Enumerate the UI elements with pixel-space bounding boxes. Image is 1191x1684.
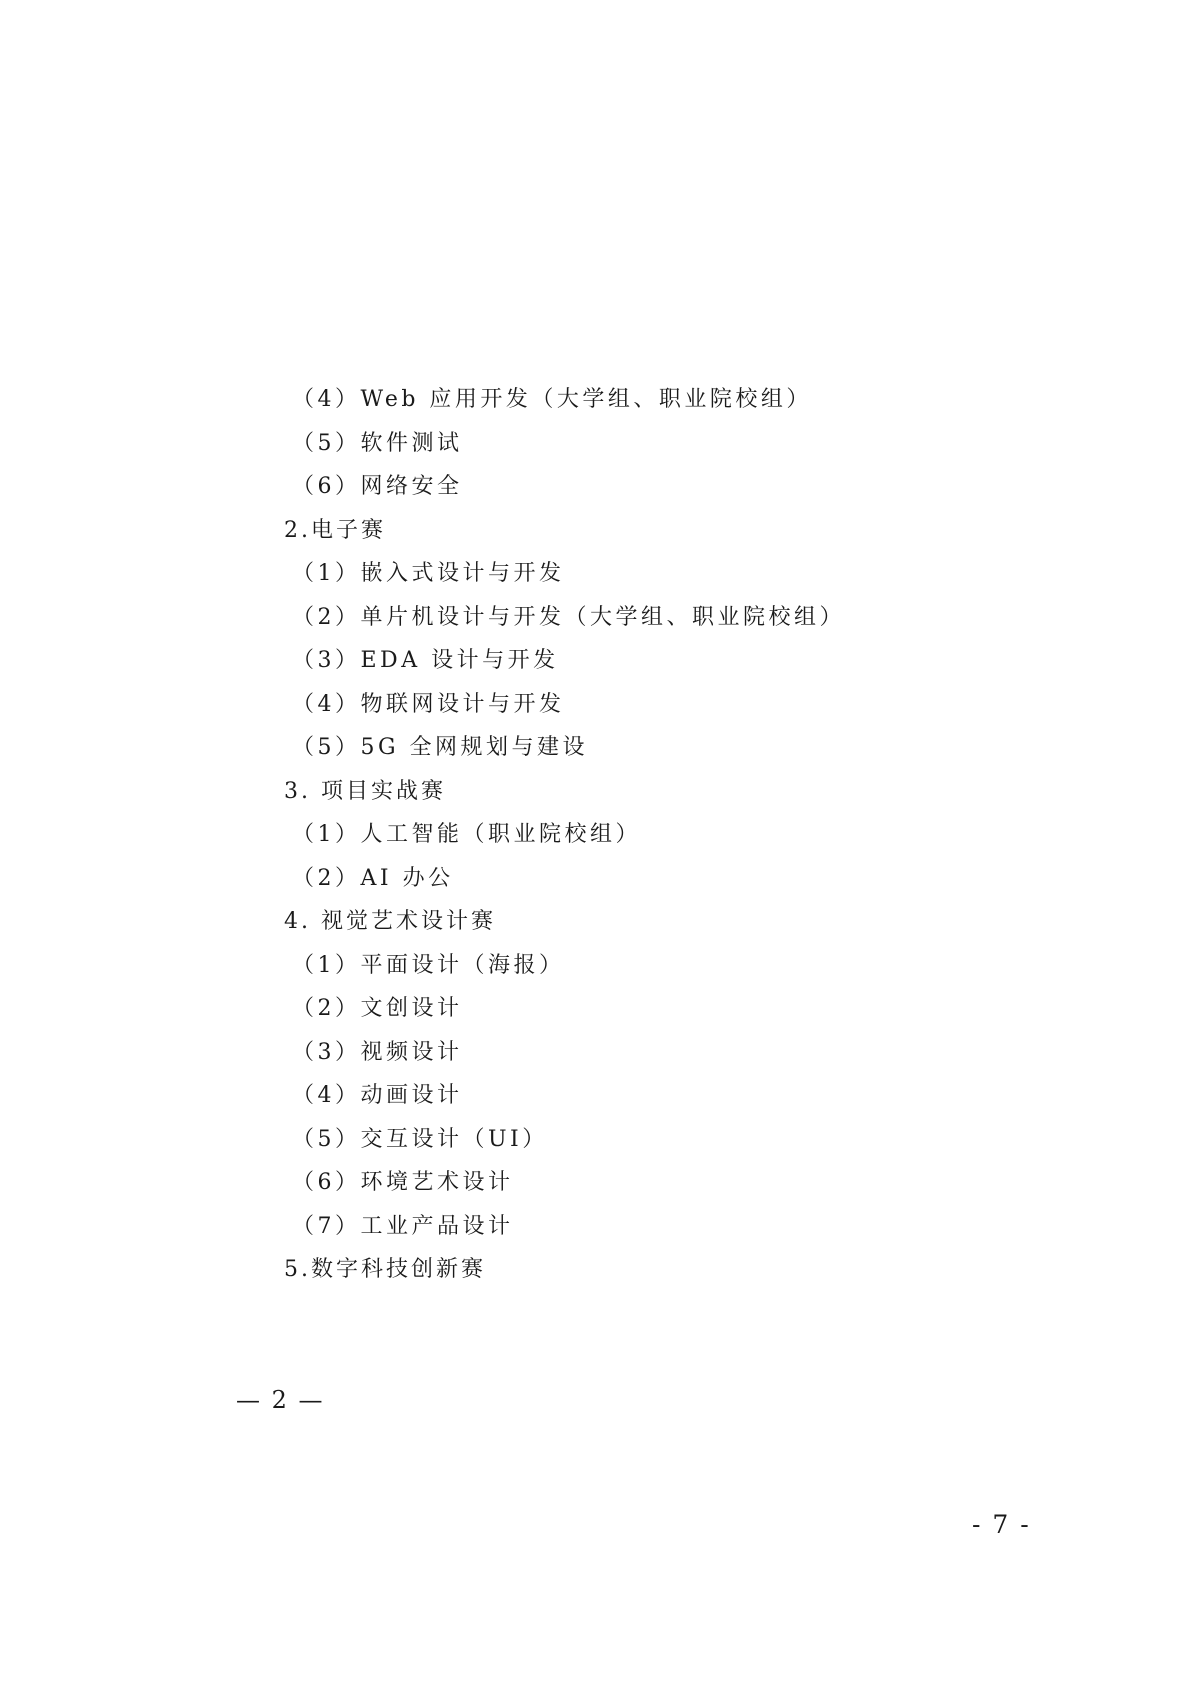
list-item-software-testing: （5）软件测试 — [284, 422, 845, 466]
list-item-web-dev: （4）Web 应用开发（大学组、职业院校组） — [284, 378, 845, 422]
list-item-mcu: （2）单片机设计与开发（大学组、职业院校组） — [284, 596, 845, 640]
list-item-ai: （1）人工智能（职业院校组） — [284, 813, 845, 857]
section-heading-project-practice: 3. 项目实战赛 — [284, 770, 845, 814]
outer-page-number: - 7 - — [972, 1509, 1031, 1541]
list-item-5g: （5）5G 全网规划与建设 — [284, 726, 845, 770]
list-item-ui-design: （5）交互设计（UI） — [284, 1118, 845, 1162]
section-heading-visual-art: 4. 视觉艺术设计赛 — [284, 900, 845, 944]
list-item-network-security: （6）网络安全 — [284, 465, 845, 509]
list-item-iot: （4）物联网设计与开发 — [284, 683, 845, 727]
list-item-environment-design: （6）环境艺术设计 — [284, 1161, 845, 1205]
list-item-video-design: （3）视频设计 — [284, 1031, 845, 1075]
list-item-graphic-design: （1）平面设计（海报） — [284, 944, 845, 988]
list-item-cultural-design: （2）文创设计 — [284, 987, 845, 1031]
list-item-animation-design: （4）动画设计 — [284, 1074, 845, 1118]
list-item-ai-office: （2）AI 办公 — [284, 857, 845, 901]
list-item-embedded: （1）嵌入式设计与开发 — [284, 552, 845, 596]
competition-list: （4）Web 应用开发（大学组、职业院校组） （5）软件测试 （6）网络安全 2… — [284, 378, 845, 1292]
document-page: （4）Web 应用开发（大学组、职业院校组） （5）软件测试 （6）网络安全 2… — [0, 0, 1191, 1684]
inner-page-number: — 2 — — [236, 1385, 325, 1415]
list-item-eda: （3）EDA 设计与开发 — [284, 639, 845, 683]
section-heading-electronics: 2.电子赛 — [284, 509, 845, 553]
section-heading-digital-innovation: 5.数字科技创新赛 — [284, 1248, 845, 1292]
list-item-industrial-design: （7）工业产品设计 — [284, 1205, 845, 1249]
